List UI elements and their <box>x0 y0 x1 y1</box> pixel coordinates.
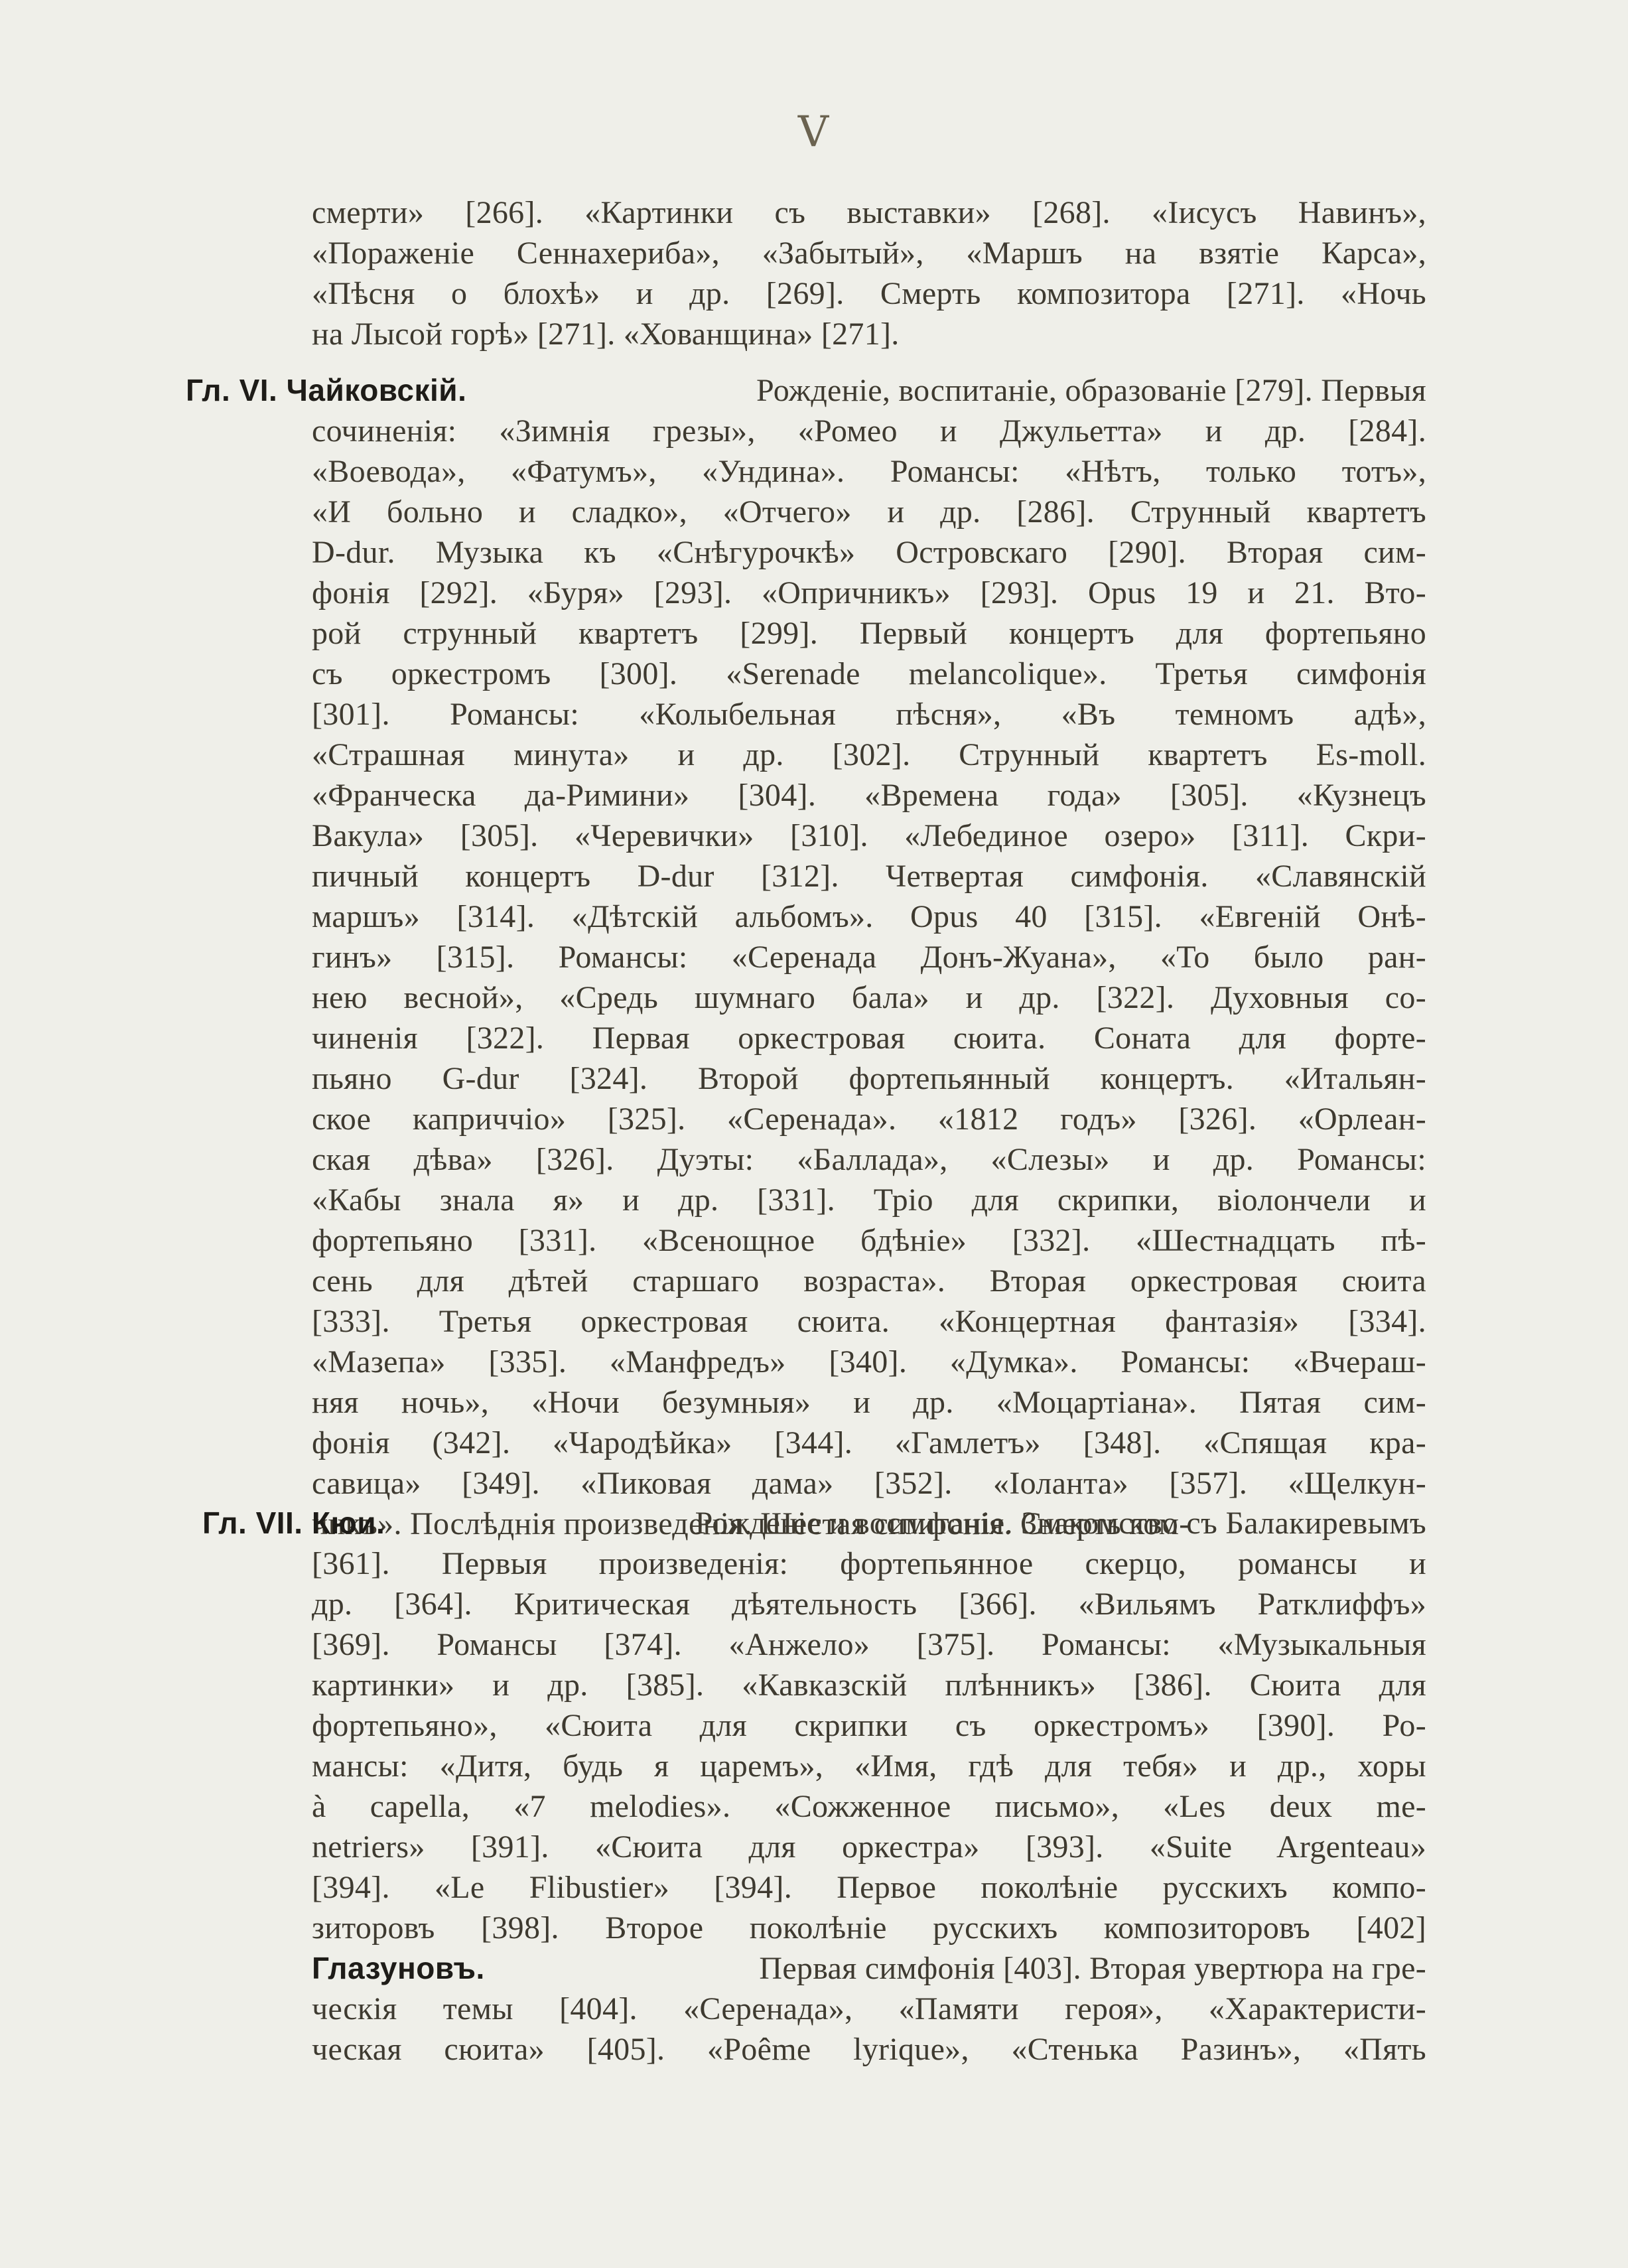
text-line: Рожденіе и воспитаніе. Знакомство съ Бал… <box>695 1503 1426 1543</box>
text-line: ское каприччіо» [325]. «Серенада». «1812… <box>312 1099 1426 1139</box>
text-line: Первая симфонія [403]. Вторая увертюра н… <box>759 1948 1426 1989</box>
text-line: ческія темы [404]. «Серенада», «Памяти г… <box>312 1989 1426 2029</box>
text-line: [394]. «Le Flibustier» [394]. Первое пок… <box>312 1867 1426 1908</box>
text-line: ческая сюита» [405]. «Poême lyrique», «С… <box>312 2029 1426 2070</box>
chapter-7-heading: Гл. VII. Кюи. <box>202 1503 385 1543</box>
text-line: рой струнный квартетъ [299]. Первый конц… <box>312 613 1426 654</box>
text-line: «Франческа да-Римини» [304]. «Времена го… <box>312 775 1426 815</box>
text-line: съ оркестромъ [300]. «Serenade melancoli… <box>312 654 1426 694</box>
text-line: др. [364]. Критическая дѣятельность [366… <box>312 1584 1426 1624</box>
chapter-6-heading: Гл. VI. Чайковскій. <box>186 370 466 411</box>
chapter-6-entry: Гл. VI. Чайковскій. Рожденіе, воспитаніе… <box>312 370 1426 1544</box>
chapter-5-continuation: смерти» [266]. «Картинки съ выставки» [2… <box>312 192 1426 354</box>
text-line: [301]. Романсы: «Колыбельная пѣсня», «Въ… <box>312 694 1426 735</box>
text-line: «И больно и сладко», «Отчего» и др. [286… <box>312 492 1426 532</box>
text-line: гинъ» [315]. Романсы: «Серенада Донъ-Жуа… <box>312 937 1426 977</box>
text-line: пичный концертъ D-dur [312]. Четвертая с… <box>312 856 1426 896</box>
text-line: сочиненія: «Зимнія грезы», «Ромео и Джул… <box>312 411 1426 451</box>
text-line: чиненія [322]. Первая оркестровая сюита.… <box>312 1018 1426 1058</box>
chapter-6-first-line: Гл. VI. Чайковскій. Рожденіе, воспитаніе… <box>186 370 1426 411</box>
text-line: на Лысой горѣ» [271]. «Хованщина» [271]. <box>312 314 1426 354</box>
text-line: «Пѣсня о блохѣ» и др. [269]. Смерть комп… <box>312 273 1426 314</box>
text-line: маршъ» [314]. «Дѣтскій альбомъ». Opus 40… <box>312 896 1426 937</box>
text-line: à capella, «7 melodies». «Сожженное пись… <box>312 1786 1426 1827</box>
chapter-7-entry: Гл. VII. Кюи. Рожденіе и воспитаніе. Зна… <box>312 1503 1426 2070</box>
text-line: мансы: «Дитя, будь я царемъ», «Имя, гдѣ … <box>312 1746 1426 1786</box>
text-line: «Пораженіе Сеннахериба», «Забытый», «Мар… <box>312 233 1426 273</box>
text-line: сень для дѣтей старшаго возраста». Втора… <box>312 1261 1426 1301</box>
text-line: Рожденіе, воспитаніе, образованіе [279].… <box>756 370 1426 411</box>
text-line: «Мазепа» [335]. «Манфредъ» [340]. «Думка… <box>312 1342 1426 1382</box>
text-line: «Страшная минута» и др. [302]. Струнный … <box>312 735 1426 775</box>
text-line: зиторовъ [398]. Второе поколѣніе русских… <box>312 1908 1426 1948</box>
text-line: савица» [349]. «Пиковая дама» [352]. «Іо… <box>312 1463 1426 1504</box>
text-line: фортепьяно [331]. «Всенощное бдѣніе» [33… <box>312 1220 1426 1261</box>
text-line: [361]. Первыя произведенія: фортепьянное… <box>312 1543 1426 1584</box>
text-line: «Воевода», «Фатумъ», «Ундина». Романсы: … <box>312 451 1426 492</box>
page-number: V <box>0 107 1628 157</box>
text-line: ская дѣва» [326]. Дуэты: «Баллада», «Сле… <box>312 1139 1426 1180</box>
text-line: фонія [292]. «Буря» [293]. «Опричникъ» [… <box>312 573 1426 613</box>
text-line: нею весной», «Средь шумнаго бала» и др. … <box>312 977 1426 1018</box>
text-line: картинки» и др. [385]. «Кавказскій плѣнн… <box>312 1665 1426 1705</box>
chapter-7-first-line: Гл. VII. Кюи. Рожденіе и воспитаніе. Зна… <box>202 1503 1426 1543</box>
text-line: фортепьяно», «Сюита для скрипки съ оркес… <box>312 1705 1426 1746</box>
text-line: пьяно G-dur [324]. Второй фортепьянный к… <box>312 1058 1426 1099</box>
text-line: няя ночь», «Ночи безумныя» и др. «Моцарт… <box>312 1382 1426 1423</box>
text-line: смерти» [266]. «Картинки съ выставки» [2… <box>312 192 1426 233</box>
glazunov-heading: Глазуновъ. <box>312 1948 485 1989</box>
glazunov-first-line: Глазуновъ. Первая симфонія [403]. Вторая… <box>312 1948 1426 1989</box>
text-line: фонія (342]. «Чародѣйка» [344]. «Гамлетъ… <box>312 1423 1426 1463</box>
text-line: Вакула» [305]. «Черевички» [310]. «Лебед… <box>312 815 1426 856</box>
text-line: «Кабы знала я» и др. [331]. Тріо для скр… <box>312 1180 1426 1220</box>
text-line: netriers» [391]. «Сюита для оркестра» [3… <box>312 1827 1426 1867</box>
text-line: D-dur. Музыка къ «Снѣгурочкѣ» Островскаг… <box>312 532 1426 573</box>
text-line: [333]. Третья оркестровая сюита. «Концер… <box>312 1301 1426 1342</box>
text-line: [369]. Романсы [374]. «Анжело» [375]. Ро… <box>312 1624 1426 1665</box>
